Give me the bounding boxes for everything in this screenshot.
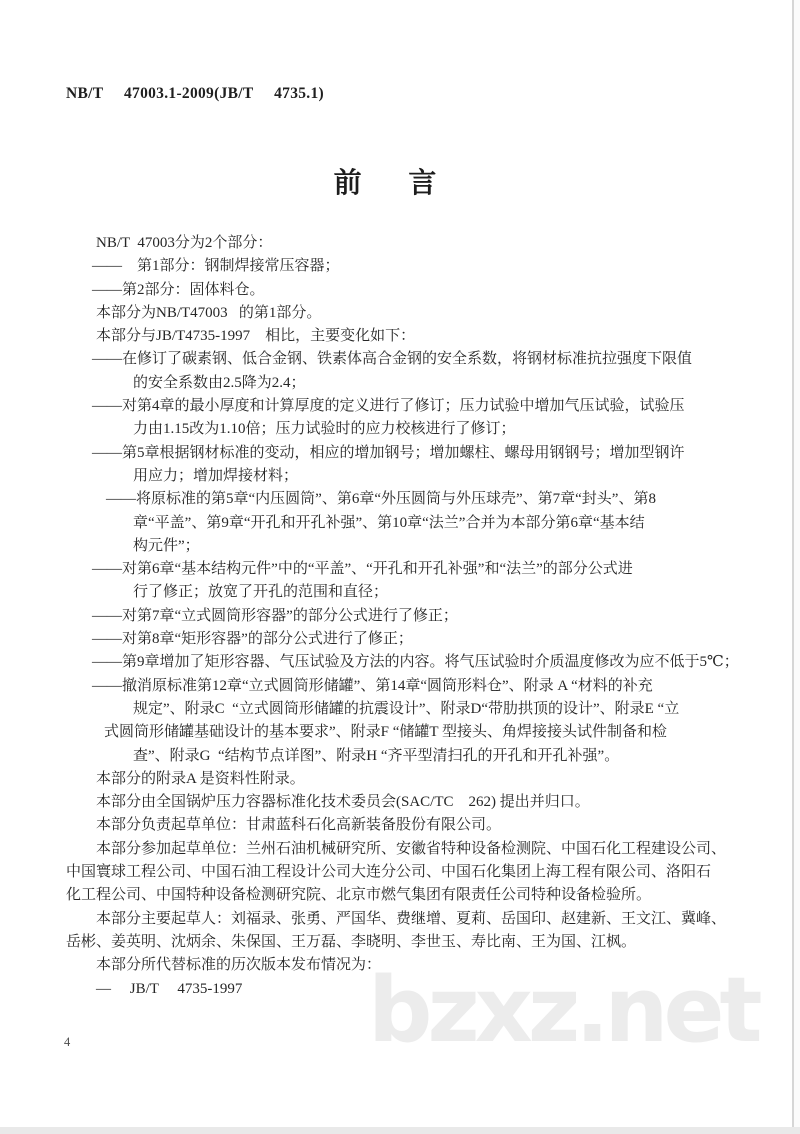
standard-number-header: NB/T 47003.1-2009(JB/T 4735.1) bbox=[66, 85, 324, 103]
text-line: ——对第4章的最小厚度和计算厚度的定义进行了修订；压力试验中增加气压试验，试验压 bbox=[66, 395, 766, 418]
text-line: —— 第1部分：钢制焊接常压容器； bbox=[66, 255, 766, 278]
text-line: 的安全系数由2.5降为2.4； bbox=[66, 372, 766, 395]
text-line: 化工程公司、中国特种设备检测研究院、北京市燃气集团有限责任公司特种设备检验所。 bbox=[66, 884, 766, 907]
page-edge-margin bbox=[794, 0, 800, 1134]
text-line: 本部分参加起草单位：兰州石油机械研究所、安徽省特种设备检测院、中国石化工程建设公… bbox=[66, 838, 766, 861]
text-line: 中国寰球工程公司、中国石油工程设计公司大连分公司、中国石化集团上海工程有限公司、… bbox=[66, 861, 766, 884]
text-line: 行了修正；放宽了开孔的范围和直径； bbox=[66, 581, 766, 604]
text-line: ——对第7章“立式圆筒形容器”的部分公式进行了修正； bbox=[66, 605, 766, 628]
watermark: bzxz.net bbox=[368, 966, 758, 1056]
text-line: 规定”、附录C “立式圆筒形储罐的抗震设计”、附录D“带肋拱顶的设计”、附录E … bbox=[66, 698, 766, 721]
text-line: 本部分的附录A 是资料性附录。 bbox=[66, 768, 766, 791]
text-line: 本部分与JB/T4735-1997 相比，主要变化如下： bbox=[66, 325, 766, 348]
text-line: NB/T 47003分为2个部分： bbox=[66, 232, 766, 255]
text-line: ——撤消原标准第12章“立式圆筒形储罐”、第14章“圆筒形料仓”、附录 A “材… bbox=[66, 675, 766, 698]
text-line: 力由1.15改为1.10倍；压力试验时的应力校核进行了修订； bbox=[66, 418, 766, 441]
text-line: ——第5章根据钢材标准的变动，相应的增加钢号；增加螺柱、螺母用钢钢号；增加型钢许 bbox=[66, 442, 766, 465]
text-line: ——将原标准的第5章“内压圆筒”、第6章“外压圆筒与外压球壳”、第7章“封头”、… bbox=[66, 488, 766, 511]
text-line: ——对第6章“基本结构元件”中的“平盖”、“开孔和开孔补强”和“法兰”的部分公式… bbox=[66, 558, 766, 581]
text-line: ——在修订了碳素钢、低合金钢、铁素体高合金钢的安全系数，将钢材标准抗拉强度下限值 bbox=[66, 348, 766, 371]
document-page: NB/T 47003.1-2009(JB/T 4735.1) 前 言 NB/T … bbox=[0, 0, 800, 1134]
text-line: ——第2部分：固体料仓。 bbox=[66, 279, 766, 302]
body-text: NB/T 47003分为2个部分：—— 第1部分：钢制焊接常压容器；——第2部分… bbox=[66, 232, 766, 1001]
text-line: 式圆筒形储罐基础设计的基本要求”、附录F “储罐T 型接头、角焊接接头试件制备和… bbox=[66, 721, 766, 744]
page-title: 前 言 bbox=[0, 161, 770, 201]
page-number: 4 bbox=[64, 1035, 70, 1050]
text-line: 用应力；增加焊接材料； bbox=[66, 465, 766, 488]
text-line: ——对第8章“矩形容器”的部分公式进行了修正； bbox=[66, 628, 766, 651]
text-line: 岳彬、姜英明、沈炳余、朱保国、王万磊、李晓明、李世玉、寿比南、王为国、江枫。 bbox=[66, 931, 766, 954]
text-line: 本部分主要起草人：刘福录、张勇、严国华、费继增、夏莉、岳国印、赵建新、王文江、冀… bbox=[66, 908, 766, 931]
page-edge-line bbox=[792, 0, 794, 1134]
text-line: 查”、附录G “结构节点详图”、附录H “齐平型清扫孔的开孔和开孔补强”。 bbox=[66, 745, 766, 768]
text-line: 本部分负责起草单位：甘肃蓝科石化高新装备股份有限公司。 bbox=[66, 814, 766, 837]
text-line: 构元件”； bbox=[66, 535, 766, 558]
text-line: ——第9章增加了矩形容器、气压试验及方法的内容。将气压试验时介质温度修改为应不低… bbox=[66, 651, 766, 674]
text-line: 本部分由全国锅炉压力容器标准化技术委员会(SAC/TC 262) 提出并归口。 bbox=[66, 791, 766, 814]
page-bottom-strip bbox=[0, 1127, 800, 1134]
text-line: 本部分为NB/T47003 的第1部分。 bbox=[66, 302, 766, 325]
text-line: 章“平盖”、第9章“开孔和开孔补强”、第10章“法兰”合并为本部分第6章“基本结 bbox=[66, 512, 766, 535]
